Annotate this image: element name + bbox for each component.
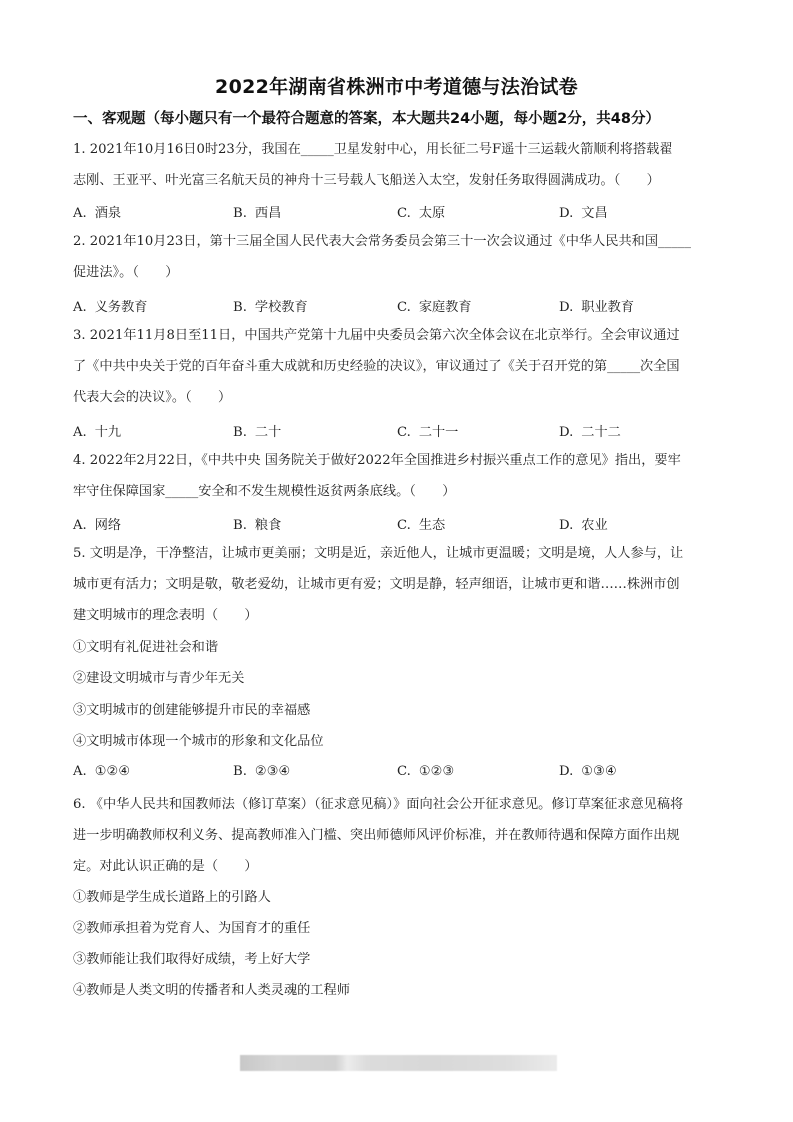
option-letter: B. — [233, 764, 247, 779]
option-text: ①③④ — [581, 764, 616, 779]
question-6-text-line-2: 进一步明确教师权利义务、提高教师准入门槛、突出师德师风评价标准，并在教师待遇和保… — [73, 827, 723, 845]
option-d: D.①③④ — [559, 764, 617, 779]
option-text: 义务教育 — [95, 300, 148, 315]
question-6-text-line-3: 定。对此认识正确的是（ ） — [73, 858, 723, 876]
option-letter: A. — [73, 764, 87, 779]
option-text: 文昌 — [581, 206, 607, 221]
option-d: D.二十二 — [559, 421, 621, 440]
option-text: 二十 — [255, 425, 281, 440]
option-text: 粮食 — [255, 518, 281, 533]
option-letter: A. — [73, 425, 87, 440]
option-text: 十九 — [95, 425, 121, 440]
option-letter: A. — [73, 518, 87, 533]
option-text: 二十二 — [581, 425, 621, 440]
option-text: ②③④ — [255, 764, 290, 779]
option-letter: B. — [233, 300, 247, 315]
question-5-text-line-1: 5. 文明是净，干净整洁，让城市更美丽；文明是近，亲近他人，让城市更温暖；文明是… — [73, 545, 723, 563]
document-title: 2022年湖南省株洲市中考道德与法治试卷 — [0, 72, 793, 99]
option-a: A.网络 — [73, 514, 121, 533]
option-text: 家庭教育 — [419, 300, 472, 315]
question-4-options: A.网络 B.粮食 C.生态 D.农业 — [73, 514, 723, 532]
option-text: 职业教育 — [581, 300, 634, 315]
question-6-text-line-1: 6. 《中华人民共和国教师法（修订草案）（征求意见稿）》面向社会公开征求意见。修… — [73, 796, 723, 814]
option-a: A.酒泉 — [73, 202, 121, 221]
question-3-text-line-3: 代表大会的决议》。（ ） — [73, 389, 723, 407]
question-5-statement-3: ③文明城市的创建能够提升市民的幸福感 — [73, 702, 723, 720]
option-letter: D. — [559, 206, 573, 221]
option-c: C.生态 — [397, 514, 445, 533]
option-letter: A. — [73, 300, 87, 315]
option-letter: C. — [397, 206, 411, 221]
option-text: 生态 — [419, 518, 445, 533]
question-4-text-line-1: 4. 2022年2月22日，《中共中央 国务院关于做好2022年全国推进乡村振兴… — [73, 452, 723, 470]
blurred-footer-watermark — [240, 1055, 557, 1071]
option-text: 农业 — [581, 518, 607, 533]
option-letter: C. — [397, 518, 411, 533]
option-letter: D. — [559, 518, 573, 533]
question-1-text-line-2: 志刚、王亚平、叶光富三名航天员的神舟十三号载人飞船送入太空，发射任务取得圆满成功… — [73, 172, 723, 190]
option-b: B.粮食 — [233, 514, 281, 533]
option-d: D.文昌 — [559, 202, 608, 221]
option-d: D.农业 — [559, 514, 608, 533]
option-c: C.二十一 — [397, 421, 458, 440]
option-d: D.职业教育 — [559, 296, 634, 315]
question-2-text-line-2: 促进法》。（ ） — [73, 264, 723, 282]
question-6-statement-2: ②教师承担着为党育人、为国育才的重任 — [73, 920, 723, 938]
question-4-text-line-2: 牢守住保障国家_____安全和不发生规模性返贫两条底线。（ ） — [73, 483, 723, 501]
option-letter: D. — [559, 300, 573, 315]
option-letter: C. — [397, 300, 411, 315]
option-b: B.西昌 — [233, 202, 281, 221]
question-6-statement-4: ④教师是人类文明的传播者和人类灵魂的工程师 — [73, 982, 723, 1000]
option-a: A.十九 — [73, 421, 121, 440]
option-letter: A. — [73, 206, 87, 221]
option-letter: B. — [233, 518, 247, 533]
question-3-options: A.十九 B.二十 C.二十一 D.二十二 — [73, 421, 723, 439]
option-text: 西昌 — [255, 206, 281, 221]
question-5-statement-4: ④文明城市体现一个城市的形象和文化品位 — [73, 733, 723, 751]
question-5-statement-2: ②建设文明城市与青少年无关 — [73, 670, 723, 688]
option-text: 学校教育 — [255, 300, 308, 315]
option-letter: D. — [559, 764, 573, 779]
question-5-options: A.①②④ B.②③④ C.①②③ D.①③④ — [73, 764, 723, 782]
option-text: 酒泉 — [95, 206, 121, 221]
question-6-statement-1: ①教师是学生成长道路上的引路人 — [73, 889, 723, 907]
option-letter: D. — [559, 425, 573, 440]
question-2-text-line-1: 2. 2021年10月23日，第十三届全国人民代表大会常务委员会第三十一次会议通… — [73, 233, 723, 251]
option-a: A.①②④ — [73, 764, 130, 779]
option-letter: C. — [397, 764, 411, 779]
question-5-statement-1: ①文明有礼促进社会和谐 — [73, 639, 723, 657]
section-heading: 一、客观题（每小题只有一个最符合题意的答案，本大题共24小题，每小题2分，共48… — [73, 107, 733, 128]
question-1-text-line-1: 1. 2021年10月16日0时23分，我国在_____卫星发射中心，用长征二号… — [73, 141, 723, 159]
option-letter: C. — [397, 425, 411, 440]
question-3-text-line-1: 3. 2021年11月8日至11日，中国共产党第十九届中央委员会第六次全体会议在… — [73, 327, 723, 345]
option-letter: B. — [233, 425, 247, 440]
question-2-options: A.义务教育 B.学校教育 C.家庭教育 D.职业教育 — [73, 296, 723, 314]
exam-page: 2022年湖南省株洲市中考道德与法治试卷 一、客观题（每小题只有一个最符合题意的… — [0, 0, 793, 1122]
option-b: B.②③④ — [233, 764, 290, 779]
option-text: 网络 — [95, 518, 121, 533]
question-5-text-line-2: 城市更有活力；文明是敬，敬老爱幼，让城市更有爱；文明是静，轻声细语，让城市更和谐… — [73, 576, 723, 594]
option-c: C.太原 — [397, 202, 445, 221]
option-text: ①②③ — [419, 764, 454, 779]
option-c: C.①②③ — [397, 764, 454, 779]
option-text: ①②④ — [95, 764, 130, 779]
question-1-options: A.酒泉 B.西昌 C.太原 D.文昌 — [73, 202, 723, 220]
question-3-text-line-2: 了《中共中央关于党的百年奋斗重大成就和历史经验的决议》，审议通过了《关于召开党的… — [73, 358, 723, 376]
option-text: 太原 — [419, 206, 445, 221]
question-5-text-line-3: 建文明城市的理念表明（ ） — [73, 607, 723, 625]
option-text: 二十一 — [419, 425, 459, 440]
option-b: B.学校教育 — [233, 296, 308, 315]
option-a: A.义务教育 — [73, 296, 147, 315]
option-letter: B. — [233, 206, 247, 221]
question-6-statement-3: ③教师能让我们取得好成绩，考上好大学 — [73, 951, 723, 969]
option-c: C.家庭教育 — [397, 296, 472, 315]
option-b: B.二十 — [233, 421, 281, 440]
